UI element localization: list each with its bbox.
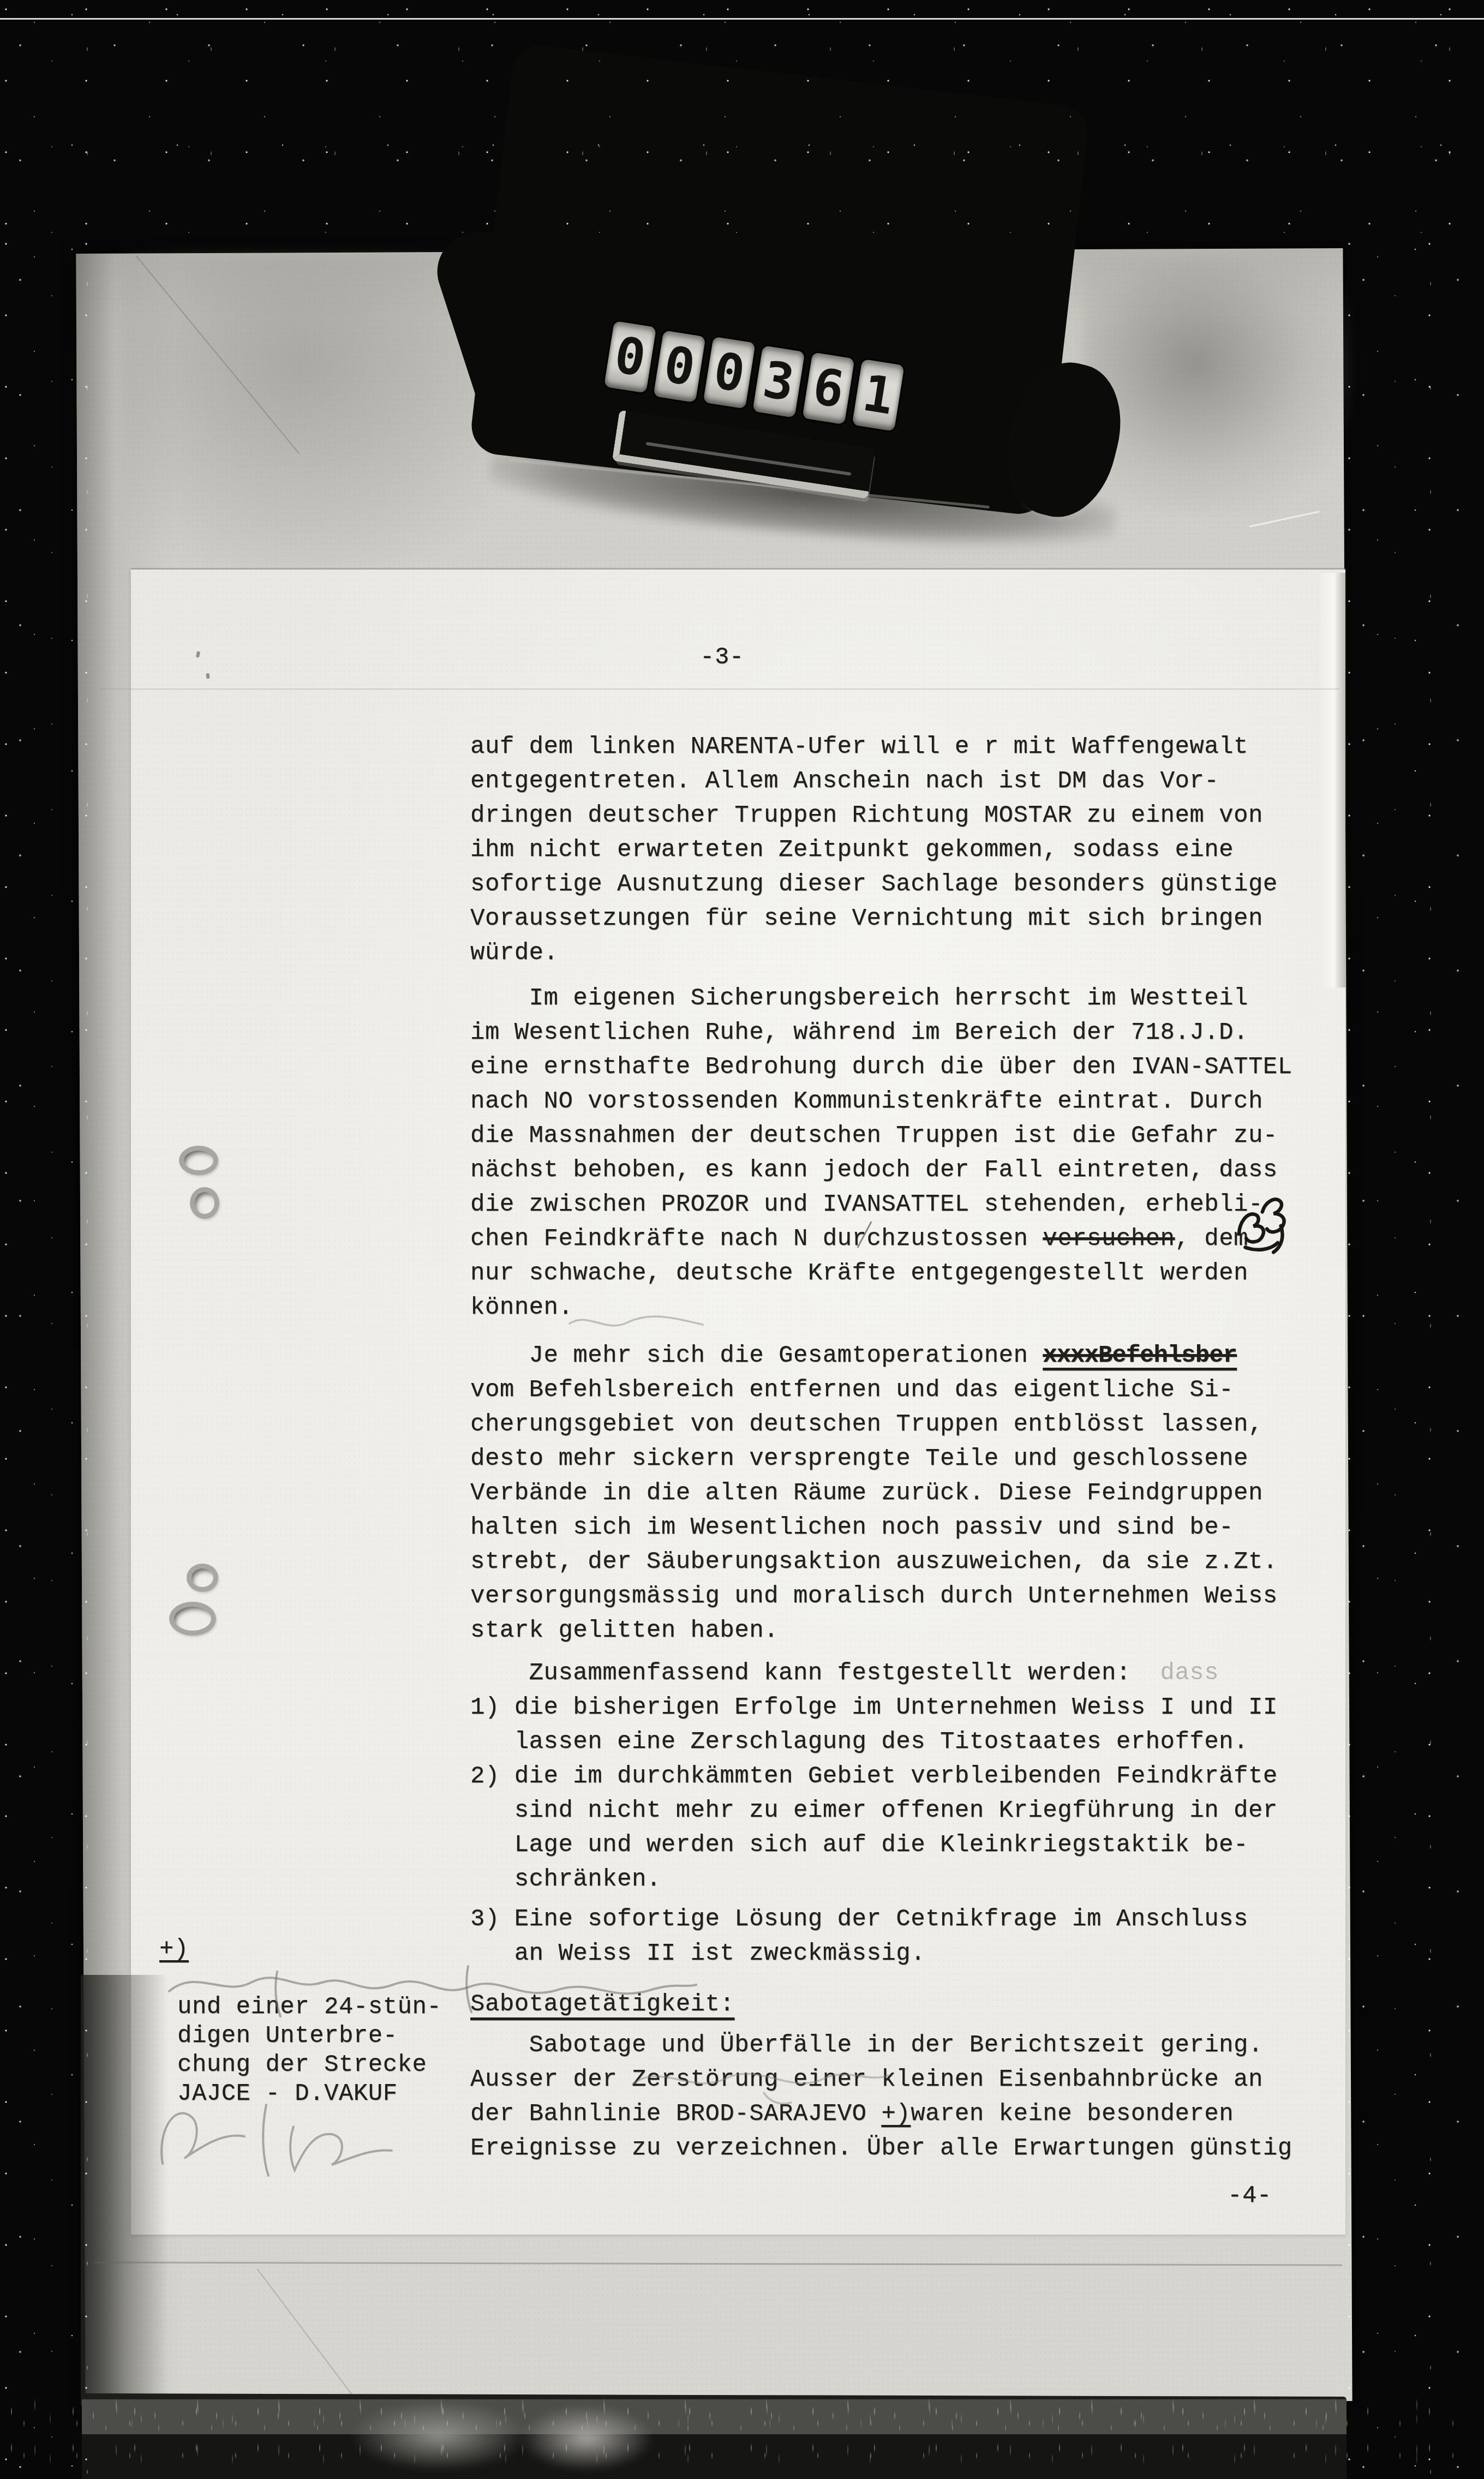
line-segment: Je mehr sich die Gesamtoperationen xyxy=(470,1342,1043,1369)
typed-line: Verbände in die alten Räume zurück. Dies… xyxy=(470,1477,1263,1509)
counter-digit: 6 xyxy=(810,361,847,416)
typed-line: Lage und werden sich auf die Kleinkriegs… xyxy=(470,1829,1248,1861)
pencil-handwriting xyxy=(627,2049,895,2112)
counter-digit: 1 xyxy=(859,368,897,423)
counter-digit-cell: 0 xyxy=(703,337,756,409)
line-segment: chen Feindkräfte nach N durchzustossen xyxy=(470,1225,1043,1253)
pencil-handwriting xyxy=(151,2082,456,2191)
margin-note-line: chung der Strecke xyxy=(177,2049,427,2081)
film-scratch-overlay xyxy=(82,2399,1347,2438)
typed-line: die zwischen PROZOR und IVANSATTEL stehe… xyxy=(470,1189,1263,1220)
counter-digit: 3 xyxy=(760,355,798,409)
typed-line: die Massnahmen der deutschen Truppen ist… xyxy=(470,1120,1278,1152)
margin-note-line: digen Unterbre- xyxy=(177,2020,398,2052)
typed-line: Im eigenen Sicherungsbereich herrscht im… xyxy=(470,983,1248,1014)
page-curled-edge xyxy=(1320,573,1345,987)
summary-intro: Zusammenfassend kann festgestellt werden… xyxy=(470,1660,1131,1687)
typed-line: sofortige Ausnutzung dieser Sachlage bes… xyxy=(470,869,1278,900)
punch-hole-mark xyxy=(190,1187,219,1219)
typed-line: Zusammenfassend kann festgestellt werden… xyxy=(470,1657,1219,1689)
typed-line: nur schwache, deutsche Kräfte entgegenge… xyxy=(470,1258,1248,1289)
typed-line: stark gelitten haben. xyxy=(470,1615,779,1646)
archival-photo-root: { "counter": { "value": "000361", "digit… xyxy=(0,0,1484,2479)
typed-line: Voraussetzungen für seine Vernichtung mi… xyxy=(470,903,1263,935)
pencil-squiggle xyxy=(566,1307,714,1338)
struck-text: versuchen xyxy=(1043,1225,1175,1253)
ghost-typed-text: dass xyxy=(1160,1660,1219,1687)
ghost-typed-text xyxy=(1131,1660,1160,1687)
typed-line: lassen eine Zerschlagung des Titostaates… xyxy=(470,1726,1248,1758)
typed-line: ihm nicht erwarteten Zeitpunkt gekommen,… xyxy=(470,834,1234,866)
scan-artifact-line xyxy=(101,688,1339,690)
typed-line: cherungsgebiet von deutschen Truppen ent… xyxy=(470,1409,1263,1440)
counter-digit-cell: 0 xyxy=(653,330,705,403)
page-number-bottom: -4- xyxy=(1228,2180,1272,2212)
punch-hole-mark xyxy=(169,1602,216,1636)
typed-line-with-strikethrough: chen Feindkräfte nach N durchzustossen v… xyxy=(470,1223,1248,1255)
film-noise-overlay xyxy=(1343,235,1484,2479)
typed-line: strebt, der Säuberungsaktion auszuweiche… xyxy=(470,1546,1278,1578)
typed-line: können. xyxy=(470,1292,573,1324)
typed-line: vom Befehlsbereich entfernen und das eig… xyxy=(470,1374,1234,1406)
typed-line: entgegentreten. Allem Anschein nach ist … xyxy=(470,765,1219,797)
counter-digit-cell: 6 xyxy=(802,352,854,425)
handwritten-scribble xyxy=(1228,1191,1310,1265)
pencil-handwriting xyxy=(163,1950,703,2021)
typed-line: nächst behoben, es kann jedoch der Fall … xyxy=(470,1154,1278,1186)
page-number-top: -3- xyxy=(700,642,744,673)
struck-overtyped-text: xxxxBefehlsber xyxy=(1043,1342,1237,1369)
typed-line: Ereignisse zu verzeichnen. Über alle Erw… xyxy=(470,2133,1292,2164)
counter-digit: 0 xyxy=(661,339,698,394)
typed-line-with-strikethrough: Je mehr sich die Gesamtoperationen xxxxB… xyxy=(470,1340,1237,1372)
typed-line: desto mehr sickern versprengte Teile und… xyxy=(470,1443,1248,1475)
typed-line: würde. xyxy=(470,937,558,969)
typed-line: dringen deutscher Truppen Richtung MOSTA… xyxy=(470,800,1263,831)
typed-line: sind nicht mehr zu eimer offenen Kriegfü… xyxy=(470,1795,1278,1827)
line-segment: waren keine besonderen xyxy=(911,2100,1234,2128)
typed-line: schränken. xyxy=(470,1864,661,1895)
paper-stain-right xyxy=(1083,255,1350,512)
typed-line: auf dem linken NARENTA-Ufer will e r mit… xyxy=(470,731,1248,763)
punch-hole-mark xyxy=(187,1564,218,1592)
pencil-mark xyxy=(206,673,210,679)
counter-digit: 0 xyxy=(611,330,649,385)
punch-hole-mark xyxy=(179,1146,218,1175)
counter-digit-cell: 3 xyxy=(752,345,805,418)
typed-line: halten sich im Wesentlichen noch passiv … xyxy=(470,1512,1234,1543)
typed-line: 3) Eine sofortige Lösung der Cetnikfrage… xyxy=(470,1903,1248,1935)
typed-line: im Wesentlichen Ruhe, während im Bereich… xyxy=(470,1017,1248,1049)
counter-digit: 0 xyxy=(710,345,748,400)
typed-line: 1) die bisherigen Erfolge im Unternehmen… xyxy=(470,1692,1278,1723)
typed-line: eine ernsthafte Bedrohung durch die über… xyxy=(470,1051,1292,1083)
film-noise-overlay xyxy=(0,235,93,2479)
typed-line: versorgungsmässig und moralisch durch Un… xyxy=(470,1580,1278,1612)
typed-line: nach NO vorstossenden Kommunistenkräfte … xyxy=(470,1086,1263,1117)
film-noise-overlay xyxy=(0,0,1484,255)
typed-line: 2) die im durchkämmten Gebiet verbleiben… xyxy=(470,1761,1278,1792)
